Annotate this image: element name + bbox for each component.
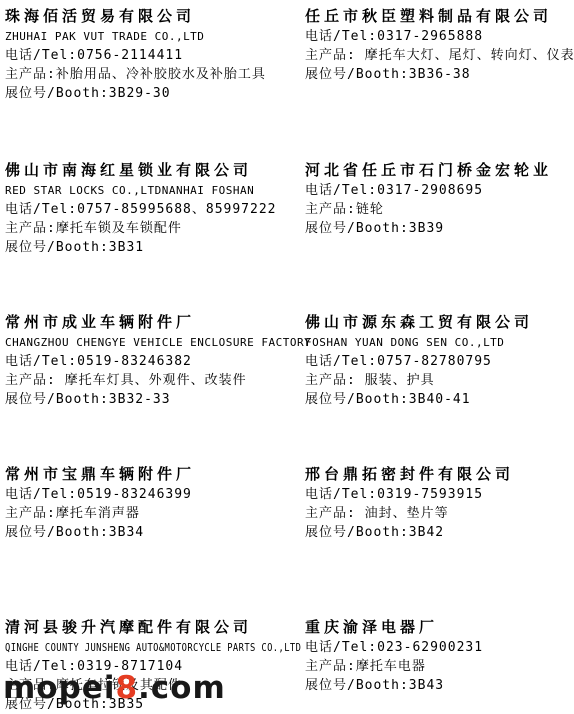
products-line: 主产品:链轮 [305, 200, 552, 219]
phone-line: 电话/Tel:0756-2114411 [5, 46, 266, 65]
exhibitor-directory-page: { "watermark": { "prefix": "mopei", "hig… [0, 0, 574, 714]
phone-line: 电话/Tel:0519-83246399 [5, 485, 195, 504]
phone-line: 电话/Tel:0317-2965888 [305, 27, 574, 46]
booth-line: 展位号/Booth:3B40-41 [305, 390, 533, 409]
company-name: 河北省任丘市石门桥金宏轮业 [305, 160, 552, 181]
company-entry: 常州市宝鼎车辆附件厂 电话/Tel:0519-83246399 主产品:摩托车消… [5, 464, 195, 542]
company-name: 珠海佰活贸易有限公司 [5, 6, 266, 27]
booth-line: 展位号/Booth:3B42 [305, 523, 514, 542]
company-entry: 河北省任丘市石门桥金宏轮业 电话/Tel:0317-2908695 主产品:链轮… [305, 160, 552, 238]
mopei8-watermark: mopei8.com [3, 673, 226, 704]
products-line: 主产品: 摩托车灯具、外观件、改装件 [5, 371, 311, 390]
company-entry: 佛山市源东森工贸有限公司 FOSHAN YUAN DONG SEN CO.,LT… [305, 312, 533, 409]
products-line: 主产品:摩托车消声器 [5, 504, 195, 523]
watermark-suffix: .com [138, 670, 226, 706]
company-entry: 常州市成业车辆附件厂 CHANGZHOU CHENGYE VEHICLE ENC… [5, 312, 311, 409]
company-name: 佛山市源东森工贸有限公司 [305, 312, 533, 333]
phone-line: 电话/Tel:023-62900231 [305, 638, 483, 657]
phone-line: 电话/Tel:0317-2908695 [305, 181, 552, 200]
company-name: 佛山市南海红星锁业有限公司 [5, 160, 277, 181]
company-entry: 珠海佰活贸易有限公司 ZHUHAI PAK VUT TRADE CO.,LTD … [5, 6, 266, 103]
company-name-en: FOSHAN YUAN DONG SEN CO.,LTD [305, 333, 533, 352]
products-line: 主产品: 油封、垫片等 [305, 504, 514, 523]
company-name-en: RED STAR LOCKS CO.,LTDNANHAI FOSHAN [5, 181, 277, 200]
phone-line: 电话/Tel:0319-7593915 [305, 485, 514, 504]
booth-line: 展位号/Booth:3B34 [5, 523, 195, 542]
company-entry: 佛山市南海红星锁业有限公司 RED STAR LOCKS CO.,LTDNANH… [5, 160, 277, 257]
booth-line: 展位号/Booth:3B32-33 [5, 390, 311, 409]
phone-line: 电话/Tel:0757-82780795 [305, 352, 533, 371]
products-line: 主产品:补胎用品、冷补胶胶水及补胎工具 [5, 65, 266, 84]
company-name-en: QINGHE COUNTY JUNSHENG AUTO&MOTORCYCLE P… [5, 638, 301, 657]
company-entry: 邢台鼎拓密封件有限公司 电话/Tel:0319-7593915 主产品: 油封、… [305, 464, 514, 542]
company-name: 常州市成业车辆附件厂 [5, 312, 311, 333]
phone-line: 电话/Tel:0519-83246382 [5, 352, 311, 371]
watermark-highlight-8: 8 [115, 670, 138, 706]
booth-line: 展位号/Booth:3B31 [5, 238, 277, 257]
booth-line: 展位号/Booth:3B43 [305, 676, 483, 695]
company-name: 任丘市秋臣塑料制品有限公司 [305, 6, 574, 27]
company-name-en: ZHUHAI PAK VUT TRADE CO.,LTD [5, 27, 266, 46]
watermark-prefix: mopei [3, 670, 115, 706]
company-name: 重庆渝泽电器厂 [305, 617, 483, 638]
company-name: 邢台鼎拓密封件有限公司 [305, 464, 514, 485]
booth-line: 展位号/Booth:3B39 [305, 219, 552, 238]
products-line: 主产品: 服装、护具 [305, 371, 533, 390]
products-line: 主产品: 摩托车大灯、尾灯、转向灯、仪表等 [305, 46, 574, 65]
booth-line: 展位号/Booth:3B29-30 [5, 84, 266, 103]
products-line: 主产品:摩托车锁及车锁配件 [5, 219, 277, 238]
booth-line: 展位号/Booth:3B36-38 [305, 65, 574, 84]
phone-line: 电话/Tel:0757-85995688、85997222 [5, 200, 277, 219]
company-name-en: CHANGZHOU CHENGYE VEHICLE ENCLOSURE FACT… [5, 333, 311, 352]
products-line: 主产品:摩托车电器 [305, 657, 483, 676]
company-name: 常州市宝鼎车辆附件厂 [5, 464, 195, 485]
company-entry: 重庆渝泽电器厂 电话/Tel:023-62900231 主产品:摩托车电器 展位… [305, 617, 483, 695]
company-entry: 任丘市秋臣塑料制品有限公司 电话/Tel:0317-2965888 主产品: 摩… [305, 6, 574, 84]
